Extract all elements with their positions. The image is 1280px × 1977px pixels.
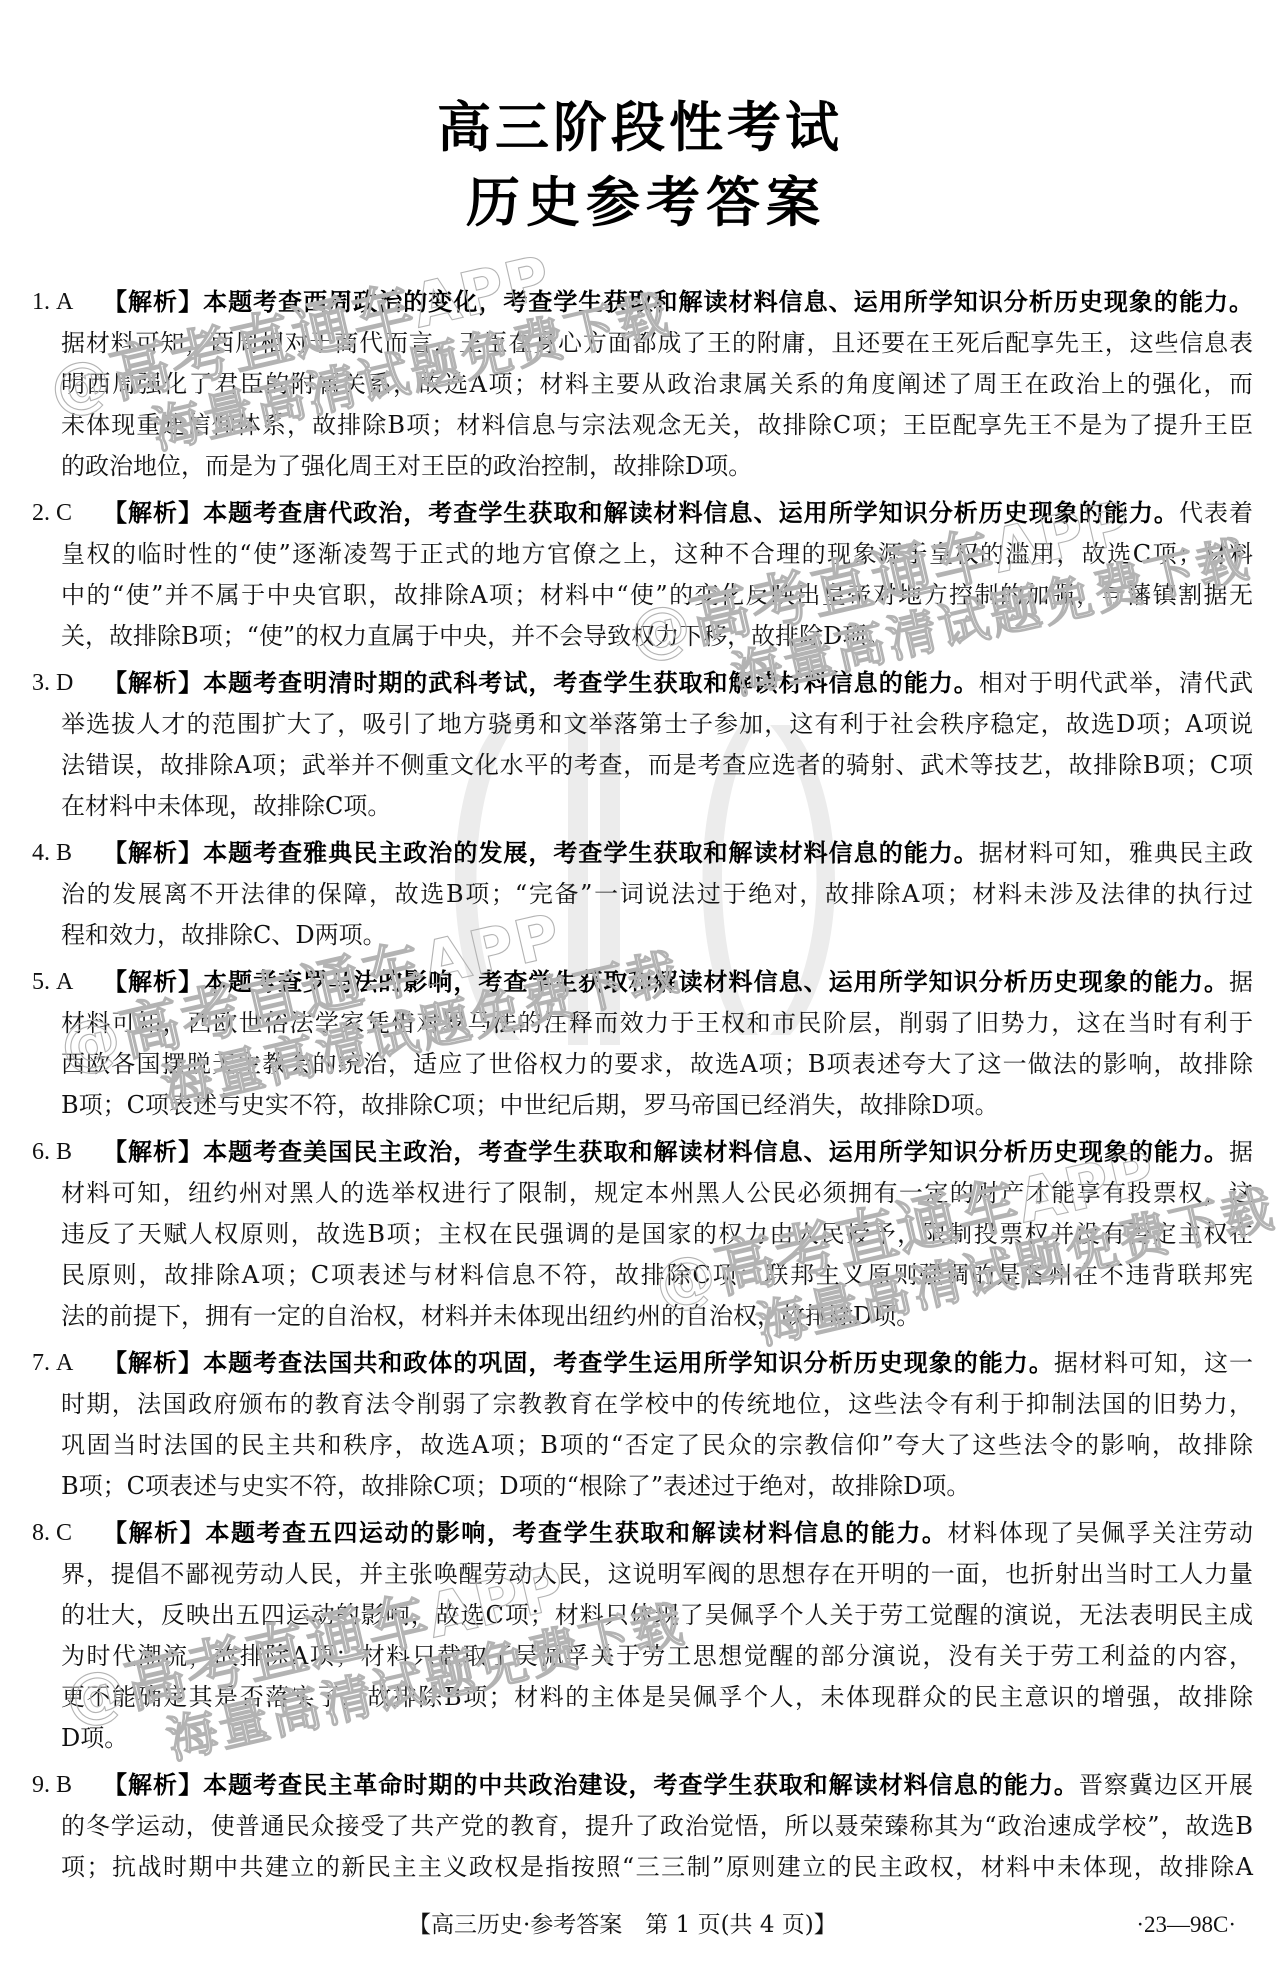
answer-first-line: 4.B 【解析】本题考查雅典民主政治的发展，考查学生获取和解读材料信息的能力。据… <box>32 833 1253 874</box>
answer-choice: A <box>56 962 73 1003</box>
analysis-line: 未体现重建信仰体系，故排除B项；材料信息与宗法观念无关，故排除C项；王臣配享先王… <box>32 405 1253 446</box>
analysis-summary: 本题考查唐代政治，考查学生获取和解读材料信息、运用所学知识分析历史现象的能力。 <box>203 499 1179 527</box>
answer-item-7: 7.A 【解析】本题考查法国共和政体的巩固，考查学生运用所学知识分析历史现象的能… <box>32 1343 1253 1507</box>
analysis-label: 【解析】 <box>103 839 203 867</box>
analysis-line: 据材料可知，西周相对于商代而言，王臣在身心方面都成了王的附庸，且还要在王死后配享… <box>32 323 1253 364</box>
question-number: 9.B <box>32 1765 103 1806</box>
analysis-label: 【解析】 <box>103 499 203 527</box>
answer-choice: D <box>56 663 73 704</box>
analysis-line: 关，故排除B项；“使”的权力直属于中央，并不会导致权力下移，故排除D项。 <box>32 616 1253 657</box>
answer-item-9: 9.B 【解析】本题考查民主革命时期的中共政治建设，考查学生获取和解读材料信息的… <box>32 1765 1253 1888</box>
analysis-line: 的壮大，反映出五四运动的影响，故选C项；材料只体现了吴佩孚个人关于劳工觉醒的演说… <box>32 1595 1253 1636</box>
question-number: 2.C <box>32 493 103 534</box>
answer-first-line: 6.B 【解析】本题考查美国民主政治，考查学生获取和解读材料信息、运用所学知识分… <box>32 1132 1253 1173</box>
analysis-line: 时期，法国政府颁布的教育法令削弱了宗教教育在学校中的传统地位，这些法令有利于抑制… <box>32 1384 1253 1425</box>
answer-choice: B <box>56 1765 72 1806</box>
answer-choice: B <box>56 1132 72 1173</box>
answer-item-6: 6.B 【解析】本题考查美国民主政治，考查学生获取和解读材料信息、运用所学知识分… <box>32 1132 1253 1337</box>
answer-first-line: 1.A 【解析】本题考查西周政治的变化，考查学生获取和解读材料信息、运用所学知识… <box>32 282 1253 323</box>
analysis-label: 【解析】 <box>103 1519 205 1547</box>
question-number: 4.B <box>32 833 103 874</box>
answer-first-line: 9.B 【解析】本题考查民主革命时期的中共政治建设，考查学生获取和解读材料信息的… <box>32 1765 1253 1806</box>
analysis-line: 明西周强化了君臣的附属关系，故选A项；材料主要从政治隶属关系的角度阐述了周王在政… <box>32 364 1253 405</box>
analysis-line: D项。 <box>32 1718 1253 1759</box>
analysis-label: 【解析】 <box>103 968 203 996</box>
analysis-line: 举选拔人才的范围扩大了，吸引了地方骁勇和文举落第士子参加，这有利于社会秩序稳定，… <box>32 704 1253 745</box>
analysis-label: 【解析】 <box>103 288 203 316</box>
analysis-text: 相对于明代武举，清代武 <box>979 669 1253 697</box>
answer-item-2: 2.C 【解析】本题考查唐代政治，考查学生获取和解读材料信息、运用所学知识分析历… <box>32 493 1253 657</box>
analysis-summary: 本题考查法国共和政体的巩固，考查学生运用所学知识分析历史现象的能力。 <box>203 1349 1054 1377</box>
analysis-text: 据材料可知，雅典民主政 <box>979 839 1253 867</box>
analysis-line: 更不能确定其是否落实了，故排除B项；材料的主体是吴佩孚个人，未体现群众的民主意识… <box>32 1677 1253 1718</box>
analysis-summary: 本题考查西周政治的变化，考查学生获取和解读材料信息、运用所学知识分析历史现象的能… <box>203 288 1253 316</box>
analysis-line: 皇权的临时性的“使”逐渐凌驾于正式的地方官僚之上，这种不合理的现象源于皇权的滥用… <box>32 534 1253 575</box>
analysis-summary: 本题考查五四运动的影响，考查学生获取和解读材料信息的能力。 <box>205 1519 947 1547</box>
analysis-text: 晋察冀边区开展 <box>1079 1771 1253 1799</box>
analysis-line: 项；抗战时期中共建立的新民主主义政权是指按照“三三制”原则建立的民主政权，材料中… <box>32 1847 1253 1888</box>
analysis-summary: 本题考查民主革命时期的中共政治建设，考查学生获取和解读材料信息的能力。 <box>203 1771 1079 1799</box>
analysis-line: B项；C项表述与史实不符，故排除C项；中世纪后期，罗马帝国已经消失，故排除D项。 <box>32 1085 1253 1126</box>
analysis-line: 违反了天赋人权原则，故选B项；主权在民强调的是国家的权力由人民授予，限制投票权并… <box>32 1214 1253 1255</box>
analysis-line: 材料可知，纽约州对黑人的选举权进行了限制，规定本州黑人公民必须拥有一定的财产才能… <box>32 1173 1253 1214</box>
answer-item-5: 5.A 【解析】本题考查罗马法的影响，考查学生获取和解读材料信息、运用所学知识分… <box>32 962 1253 1126</box>
analysis-text: 材料体现了吴佩孚关注劳动 <box>948 1519 1254 1547</box>
analysis-line: B项；C项表述与史实不符，故排除C项；D项的“根除了”表述过于绝对，故排除D项。 <box>32 1466 1253 1507</box>
analysis-line: 的冬学运动，使普通民众接受了共产党的教育，提升了政治觉悟，所以聂荣臻称其为“政治… <box>32 1806 1253 1847</box>
analysis-line: 程和效力，故排除C、D两项。 <box>32 915 1253 956</box>
question-number: 6.B <box>32 1132 103 1173</box>
analysis-summary: 本题考查明清时期的武科考试，考查学生获取和解读材料信息的能力。 <box>203 669 979 697</box>
exam-title: 高三阶段性考试 <box>0 98 1280 158</box>
answer-first-line: 2.C 【解析】本题考查唐代政治，考查学生获取和解读材料信息、运用所学知识分析历… <box>32 493 1253 534</box>
analysis-line: 治的发展离不开法律的保障，故选B项；“完备”一词说法过于绝对，故排除A项；材料未… <box>32 874 1253 915</box>
answer-choice: C <box>56 1513 72 1554</box>
question-number: 5.A <box>32 962 103 1003</box>
analysis-text: 据材料可知，这一 <box>1054 1349 1253 1377</box>
answer-item-3: 3.D 【解析】本题考查明清时期的武科考试，考查学生获取和解读材料信息的能力。相… <box>32 663 1253 827</box>
analysis-text: 据 <box>1229 968 1253 996</box>
analysis-line: 巩固当时法国的民主共和秩序，故选A项；B项的“否定了民众的宗教信仰”夸大了这些法… <box>32 1425 1253 1466</box>
answer-choice: A <box>56 1343 73 1384</box>
analysis-summary: 本题考查美国民主政治，考查学生获取和解读材料信息、运用所学知识分析历史现象的能力… <box>203 1138 1229 1166</box>
answer-choice: C <box>56 493 72 534</box>
question-number: 1.A <box>32 282 103 323</box>
analysis-line: 材料可知，西欧世俗法学家凭借对罗马法的注释而效力于王权和市民阶层，削弱了旧势力，… <box>32 1003 1253 1044</box>
question-number: 7.A <box>32 1343 103 1384</box>
analysis-line: 西欧各国摆脱天主教会的统治，适应了世俗权力的要求，故选A项；B项表述夸大了这一做… <box>32 1044 1253 1085</box>
analysis-line: 民原则，故排除A项；C项表述与材料信息不符，故排除C项；联邦主义原则强调的是各州… <box>32 1255 1253 1296</box>
question-number: 8.C <box>32 1513 103 1554</box>
analysis-text: 代表着 <box>1179 499 1253 527</box>
document-code: ·23—98C· <box>1136 1908 1236 1942</box>
answer-first-line: 3.D 【解析】本题考查明清时期的武科考试，考查学生获取和解读材料信息的能力。相… <box>32 663 1253 704</box>
analysis-label: 【解析】 <box>103 669 203 697</box>
analysis-line: 法错误，故排除A项；武举并不侧重文化水平的考查，而是考查应选者的骑射、武术等技艺… <box>32 745 1253 786</box>
answer-item-8: 8.C 【解析】本题考查五四运动的影响，考查学生获取和解读材料信息的能力。材料体… <box>32 1513 1253 1759</box>
answer-item-4: 4.B 【解析】本题考查雅典民主政治的发展，考查学生获取和解读材料信息的能力。据… <box>32 833 1253 956</box>
answer-first-line: 7.A 【解析】本题考查法国共和政体的巩固，考查学生运用所学知识分析历史现象的能… <box>32 1343 1253 1384</box>
analysis-summary: 本题考查雅典民主政治的发展，考查学生获取和解读材料信息的能力。 <box>203 839 979 867</box>
answer-item-1: 1.A 【解析】本题考查西周政治的变化，考查学生获取和解读材料信息、运用所学知识… <box>32 282 1253 487</box>
answer-first-line: 5.A 【解析】本题考查罗马法的影响，考查学生获取和解读材料信息、运用所学知识分… <box>32 962 1253 1003</box>
analysis-line: 中的“使”并不属于中央官职，故排除A项；材料中“使”的变化反映出皇帝对地方控制的… <box>32 575 1253 616</box>
analysis-label: 【解析】 <box>103 1138 203 1166</box>
analysis-line: 为时代潮流，故排除A项；材料只截取了吴佩孚关于劳工思想觉醒的部分演说，没有关于劳… <box>32 1636 1253 1677</box>
analysis-label: 【解析】 <box>103 1349 203 1377</box>
answer-list: 1.A 【解析】本题考查西周政治的变化，考查学生获取和解读材料信息、运用所学知识… <box>32 282 1253 1888</box>
answer-first-line: 8.C 【解析】本题考查五四运动的影响，考查学生获取和解读材料信息的能力。材料体… <box>32 1513 1253 1554</box>
answer-key-page: 高三阶段性考试 历史参考答案 1.A 【解析】本题考查西周政治的变化，考查学生获… <box>0 0 1280 1977</box>
answer-choice: A <box>56 282 73 323</box>
question-number: 3.D <box>32 663 103 704</box>
analysis-line: 法的前提下，拥有一定的自治权，材料并未体现出纽约州的自治权，故排除D项。 <box>32 1296 1253 1337</box>
analysis-line: 的政治地位，而是为了强化周王对王臣的政治控制，故排除D项。 <box>32 446 1253 487</box>
analysis-summary: 本题考查罗马法的影响，考查学生获取和解读材料信息、运用所学知识分析历史现象的能力… <box>203 968 1229 996</box>
analysis-line: 在材料中未体现，故排除C项。 <box>32 786 1253 827</box>
analysis-text: 据 <box>1229 1138 1253 1166</box>
document-subtitle: 历史参考答案 <box>0 173 1280 233</box>
answer-choice: B <box>56 833 72 874</box>
analysis-label: 【解析】 <box>103 1771 203 1799</box>
analysis-line: 界，提倡不鄙视劳动人民，并主张唤醒劳动人民，这说明军阀的思想存在开明的一面，也折… <box>32 1554 1253 1595</box>
page-number-label: 【高三历史·参考答案 第 1 页(共 4 页)】 <box>408 1908 837 1942</box>
